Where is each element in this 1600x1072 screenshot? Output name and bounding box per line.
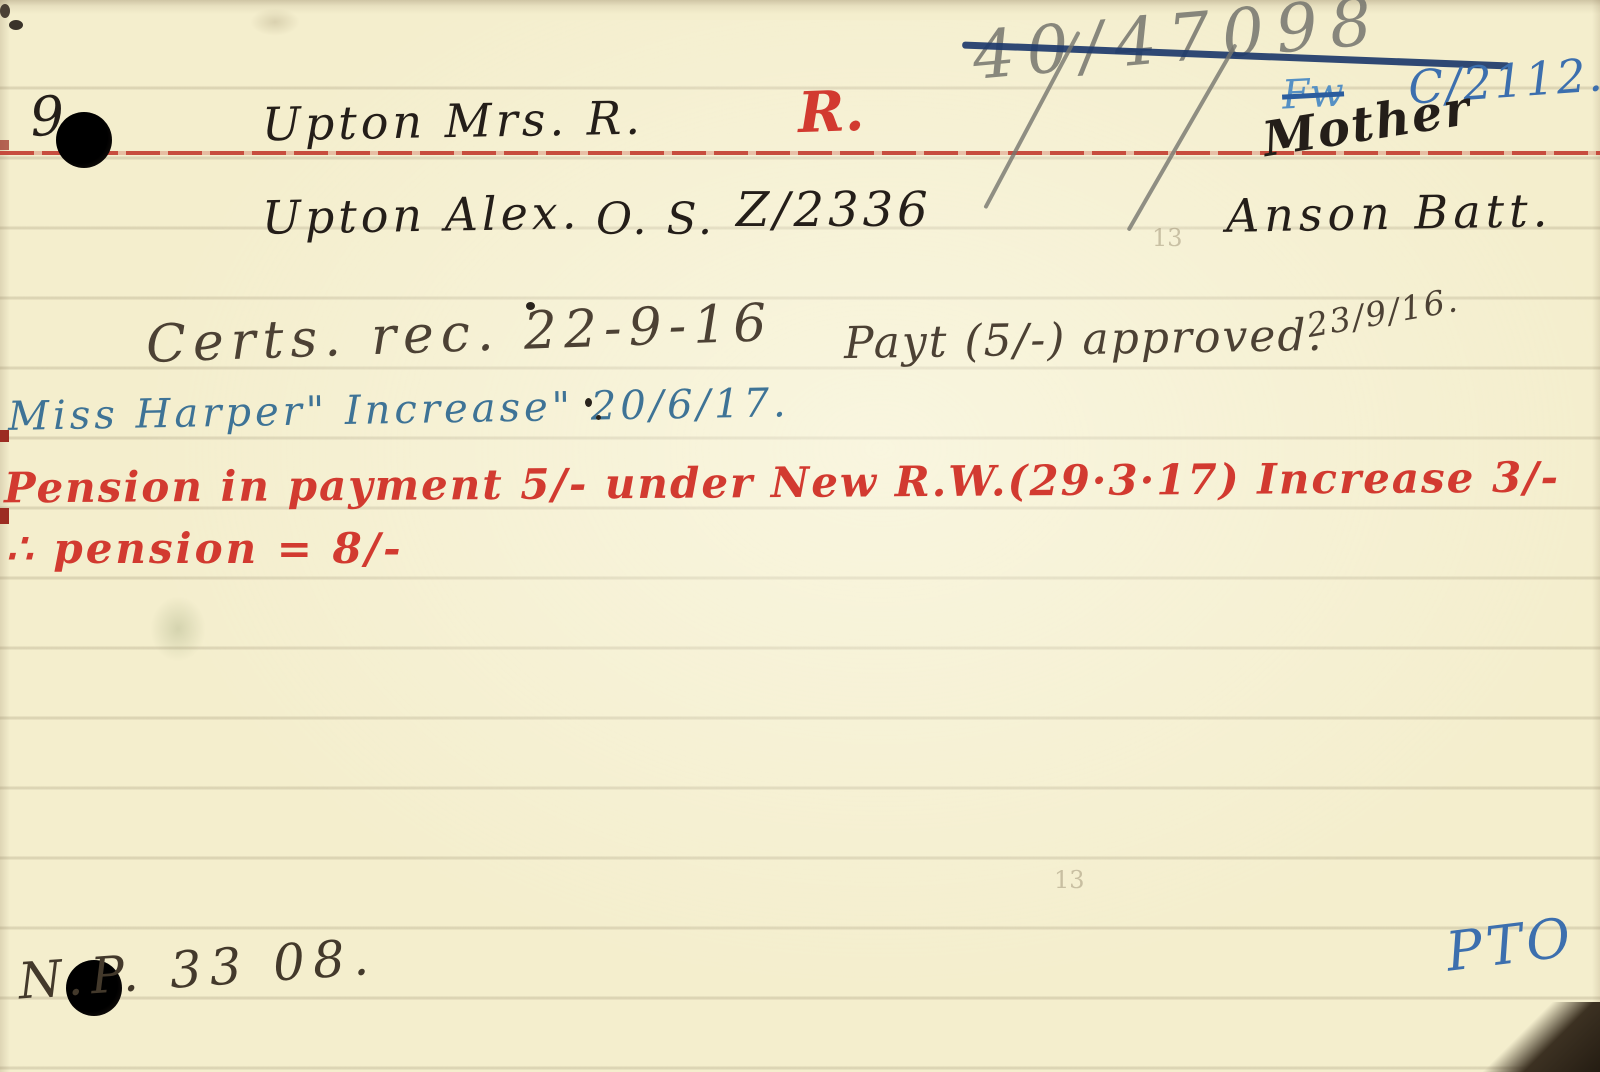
ink-speck xyxy=(596,415,601,420)
edge-smudge xyxy=(9,20,23,30)
edge-ink-mark xyxy=(0,140,9,150)
payment-approved-note: Payt (5/-) approved. xyxy=(844,314,1324,366)
faint-watermark: 13 xyxy=(1152,224,1183,252)
pension-total-note: ∴ pension = 8/- xyxy=(6,528,404,570)
faint-watermark: 13 xyxy=(1054,866,1085,894)
index-number: 9 xyxy=(28,89,66,145)
pension-in-payment-note: Pension in payment 5/- under New R.W.(29… xyxy=(4,457,1560,510)
form-code: N.P. 33 08. xyxy=(17,932,378,1007)
serviceman-unit: Anson Batt. xyxy=(1226,187,1553,239)
paper-stain xyxy=(150,596,206,662)
edge-ink-mark xyxy=(0,508,9,524)
edge-smudge xyxy=(0,4,10,18)
edge-ink-mark xyxy=(0,430,9,442)
filing-initial: R. xyxy=(797,83,865,141)
service-number: Z/2336 xyxy=(736,186,932,234)
pension-index-card: 9 Upton Mrs. R. R. 40/47098 Fw C/2112. M… xyxy=(0,0,1600,1072)
certificates-received-note: Certs. rec. 22-9-16 xyxy=(145,297,774,371)
please-turn-over-note: PTO xyxy=(1443,910,1577,979)
increase-note-blue: Miss Harper" Increase" 20/6/17. xyxy=(8,383,790,437)
page-corner-shadow xyxy=(1480,1002,1600,1072)
serviceman-name: Upton Alex. xyxy=(262,189,581,241)
serviceman-rating: O. S. xyxy=(596,198,715,242)
ink-speck xyxy=(585,398,592,407)
payment-approved-date: 23/9/16. xyxy=(1304,283,1461,342)
paper-stain xyxy=(250,8,300,36)
ink-speck xyxy=(526,302,535,310)
claimant-name: Upton Mrs. R. xyxy=(262,95,645,148)
